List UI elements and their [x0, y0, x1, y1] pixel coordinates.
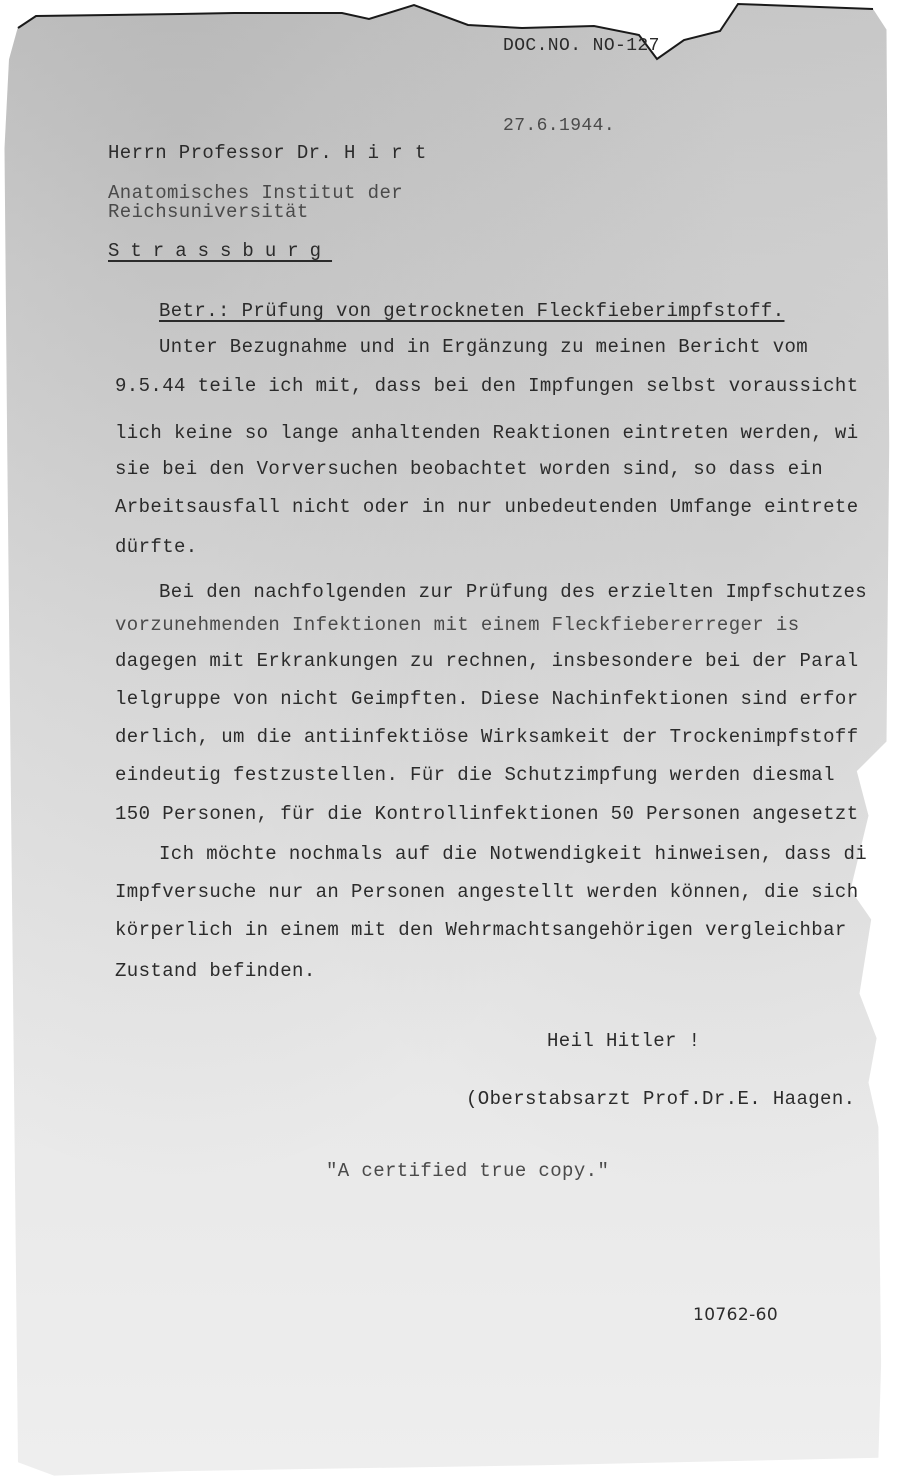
body-line: Zustand befinden.	[115, 960, 316, 982]
certification-note: "A certified true copy."	[326, 1160, 609, 1182]
body-line: lich keine so lange anhaltenden Reaktion…	[115, 422, 859, 444]
body-line: vorzunehmenden Infektionen mit einem Fle…	[115, 614, 800, 636]
signature-line: (Oberstabsarzt Prof.Dr.E. Haagen.	[466, 1088, 855, 1110]
body-line: 9.5.44 teile ich mit, dass bei den Impfu…	[115, 375, 859, 397]
letter-date: 27.6.1944.	[503, 116, 615, 136]
recipient-name: Herrn Professor Dr. H i r t	[108, 142, 427, 164]
subject-line: Betr.: Prüfung von getrockneten Fleckfie…	[159, 300, 785, 322]
body-line: sie bei den Vorversuchen beobachtet word…	[115, 458, 823, 480]
footer-reference-number: 10762-60	[693, 1305, 778, 1325]
body-line: lelgruppe von nicht Geimpften. Diese Nac…	[115, 688, 859, 710]
document-number: DOC.NO. NO-127	[503, 36, 660, 56]
body-line: derlich, um die antiinfektiöse Wirksamke…	[115, 726, 859, 748]
body-line: dürfte.	[115, 536, 198, 558]
body-line: dagegen mit Erkrankungen zu rechnen, ins…	[115, 650, 859, 672]
body-line: Arbeitsausfall nicht oder in nur unbedeu…	[115, 496, 859, 518]
body-line: Impfversuche nur an Personen angestellt …	[115, 881, 859, 903]
recipient-university: Reichsuniversität	[108, 201, 309, 223]
body-line: 150 Personen, für die Kontrollinfektione…	[115, 803, 859, 825]
body-line: Ich möchte nochmals auf die Notwendigkei…	[159, 843, 867, 865]
body-line: eindeutig festzustellen. Für die Schutzi…	[115, 764, 835, 786]
body-line: Bei den nachfolgenden zur Prüfung des er…	[159, 581, 867, 603]
closing-salutation: Heil Hitler !	[547, 1030, 700, 1052]
recipient-city: Strassburg	[108, 240, 332, 262]
body-line: körperlich in einem mit den Wehrmachtsan…	[115, 919, 847, 941]
body-line: Unter Bezugnahme und in Ergänzung zu mei…	[159, 336, 808, 358]
